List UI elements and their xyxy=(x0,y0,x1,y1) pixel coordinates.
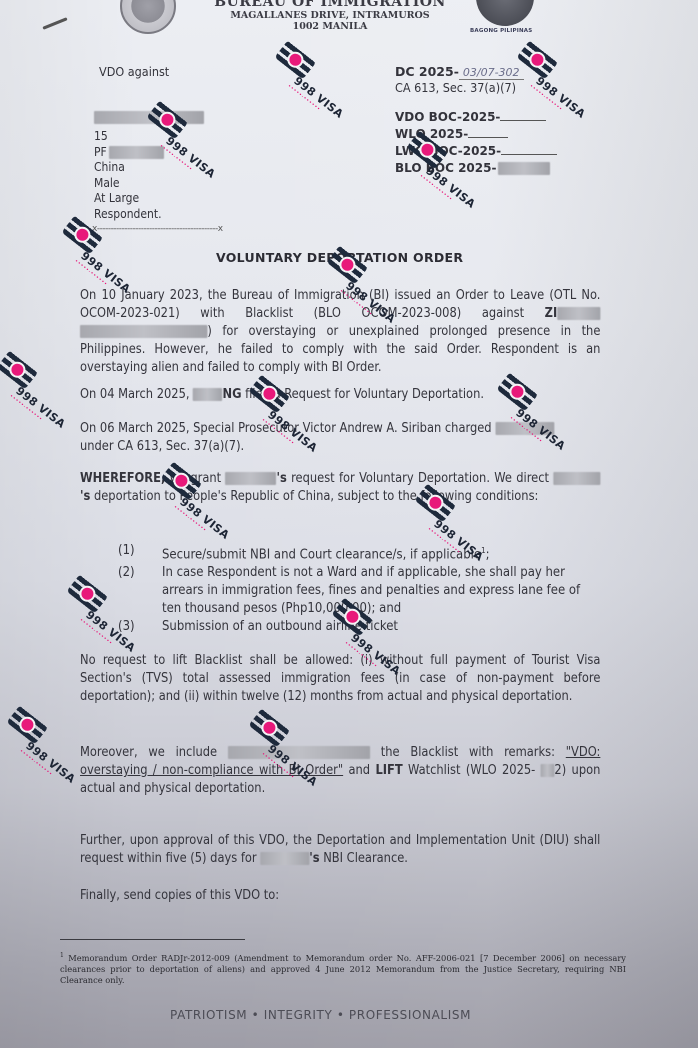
caption-separator: x---------------------------------------… xyxy=(92,224,223,234)
pen-mark xyxy=(42,17,67,30)
bagong-pilipinas-logo-icon xyxy=(476,0,534,26)
paragraph-blacklist-conditions: No request to lift Blacklist shall be al… xyxy=(80,652,600,706)
bagong-pilipinas-label: BAGONG PILIPINAS xyxy=(470,28,532,34)
footnote-rule xyxy=(60,939,245,940)
watermark-stamp: 998 VISA•••••-•••••• xyxy=(251,40,359,143)
letterhead: BUREAU OF IMMIGRATION MAGALLANES DRIVE, … xyxy=(190,0,470,32)
respondent-nationality: China xyxy=(94,160,164,176)
watermark-logo-icon xyxy=(6,705,48,745)
watermark-logo-icon xyxy=(274,40,316,80)
paragraph-blacklist-remarks: Moreover, we include the Blacklist with … xyxy=(80,744,600,798)
respondent-name-redacted xyxy=(94,110,204,124)
lwo-number: LWO BOC-2025- xyxy=(395,144,557,158)
address-line-1: MAGALLANES DRIVE, INTRAMUROS xyxy=(190,10,470,21)
wlo-number: WLO 2025- xyxy=(395,127,508,141)
document-title: VOLUNTARY DEPORTATION ORDER xyxy=(216,250,463,265)
paragraph-copies: Finally, send copies of this VDO to: xyxy=(80,887,600,905)
watermark-logo-icon xyxy=(248,708,290,748)
address-line-2: 1002 MANILA xyxy=(190,21,470,32)
respondent-passport: PF xyxy=(94,145,164,161)
respondent-role: Respondent. xyxy=(94,207,164,223)
watermark-logo-icon xyxy=(66,574,108,614)
watermark-stamp: 998 VISA•••••-•••••• xyxy=(0,350,81,453)
paragraph-diu: Further, upon approval of this VDO, the … xyxy=(80,832,600,868)
condition-item: (2) In case Respondent is not a Ward and… xyxy=(118,564,602,618)
watermark-stamp: 998 VISA•••••-•••••• xyxy=(0,705,91,808)
dc-handwritten-number: 03/07-302 xyxy=(459,66,524,80)
respondent-details: 15 PF China Male At Large Respondent. xyxy=(94,129,164,222)
paragraph-request: On 04 March 2025, NG filed a Request for… xyxy=(80,386,600,404)
footnote: 1 Memorandum Order RADJr-2012-009 (Amend… xyxy=(60,950,626,986)
paragraph-charge: On 06 March 2025, Special Prosecutor Vic… xyxy=(80,420,600,456)
condition-item: (1) Secure/submit NBI and Court clearanc… xyxy=(118,542,602,564)
agency-name: BUREAU OF IMMIGRATION xyxy=(190,0,470,10)
dc-number: DC 2025-03/07-302 xyxy=(395,64,524,79)
vdo-number: VDO BOC-2025- xyxy=(395,110,546,124)
condition-item: (3) Submission of an outbound airline ti… xyxy=(118,618,602,636)
paragraph-otl: On 10 January 2023, the Bureau of Immigr… xyxy=(80,287,600,377)
blo-number: BLO BOC 2025- xyxy=(395,161,550,175)
charge-citation: CA 613, Sec. 37(a)(7) xyxy=(395,80,516,95)
vdo-against-label: VDO against xyxy=(99,64,169,79)
agency-motto: PATRIOTISM • INTEGRITY • PROFESSIONALISM xyxy=(170,1008,471,1022)
respondent-sex: Male xyxy=(94,176,164,192)
respondent-age: 15 xyxy=(94,129,164,145)
watermark-logo-icon xyxy=(0,350,38,390)
doj-seal-icon xyxy=(120,0,176,34)
paragraph-wherefore: WHEREFORE, we grant 's request for Volun… xyxy=(80,470,600,506)
respondent-status: At Large xyxy=(94,191,164,207)
conditions-list: (1) Secure/submit NBI and Court clearanc… xyxy=(118,542,602,636)
